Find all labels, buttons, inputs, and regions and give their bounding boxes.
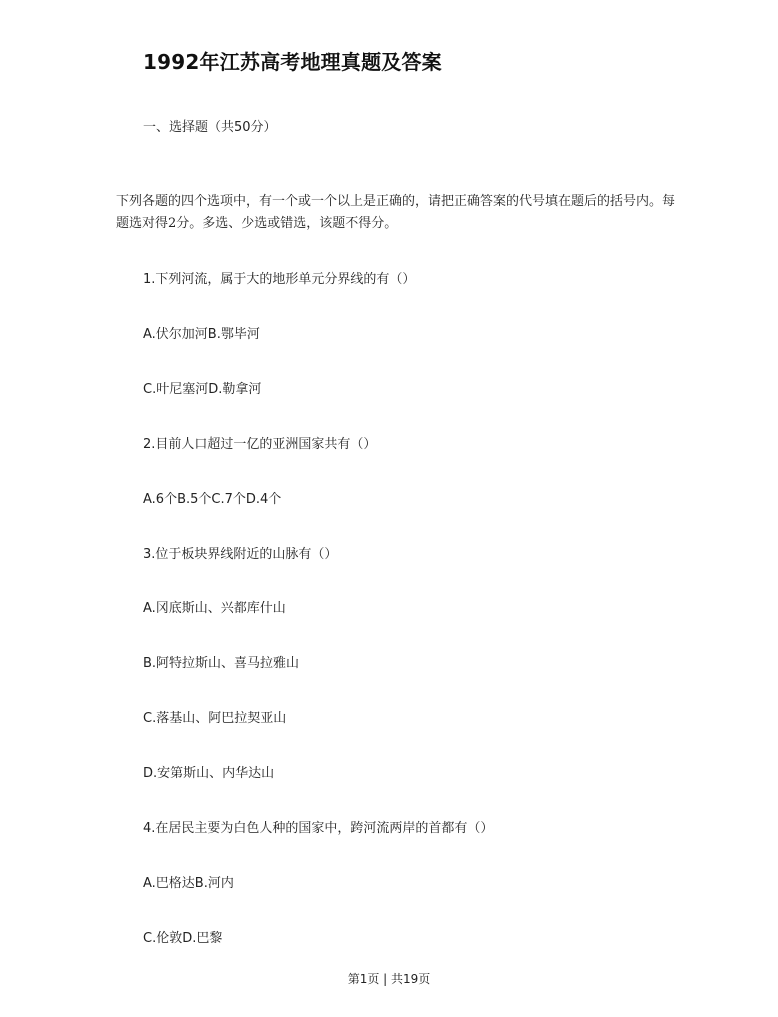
- instructions-paragraph: 下列各题的四个选项中，有一个或一个以上是正确的，请把正确答案的代号填在题后的括号…: [116, 191, 676, 235]
- page-indicator: 第1页 | 共19页: [0, 970, 778, 987]
- question-4-options-ab: A.巴格达B.河内: [143, 872, 234, 891]
- question-3-option-d: D.安第斯山、内华达山: [143, 762, 274, 781]
- section-heading: 一、选择题（共50分）: [143, 116, 277, 135]
- question-2-options: A.6个B.5个C.7个D.4个: [143, 488, 281, 507]
- question-3-option-b: B.阿特拉斯山、喜马拉雅山: [143, 652, 299, 671]
- document-title: 1992年江苏高考地理真题及答案: [143, 46, 442, 75]
- question-1-options-ab: A.伏尔加河B.鄂毕河: [143, 323, 260, 342]
- question-2: 2.目前人口超过一亿的亚洲国家共有（）: [143, 433, 376, 452]
- question-4: 4.在居民主要为白色人种的国家中，跨河流两岸的首都有（）: [143, 817, 493, 836]
- question-3: 3.位于板块界线附近的山脉有（）: [143, 543, 337, 562]
- question-3-option-c: C.落基山、阿巴拉契亚山: [143, 707, 286, 726]
- question-1-options-cd: C.叶尼塞河D.勒拿河: [143, 378, 261, 397]
- document-page: 1992年江苏高考地理真题及答案 一、选择题（共50分） 下列各题的四个选项中，…: [0, 0, 778, 1017]
- question-3-option-a: A.冈底斯山、兴都库什山: [143, 597, 286, 616]
- question-1: 1.下列河流，属于大的地形单元分界线的有（）: [143, 268, 415, 287]
- question-4-options-cd: C.伦敦D.巴黎: [143, 927, 222, 946]
